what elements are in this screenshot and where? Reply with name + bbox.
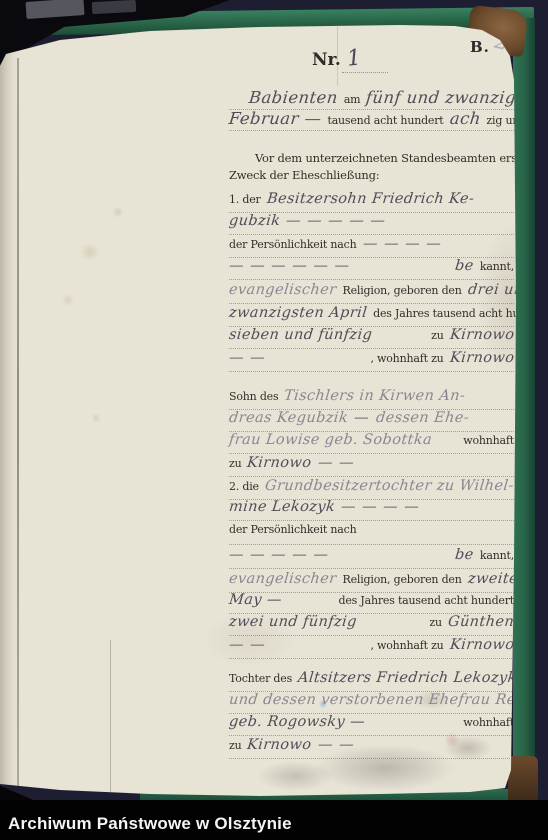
form-line: sieben und fünfzigzuKirnowo <box>229 327 514 349</box>
printed-text: am <box>344 93 361 106</box>
handwritten-text: evangelischer <box>228 282 337 298</box>
handwritten-text: fünf und zwanzig <box>365 88 517 107</box>
handwritten-text: Tischlers in Kirwen An- <box>284 388 467 404</box>
handwritten-text: — <box>353 410 370 426</box>
printed-text: der Persönlichkeit nach <box>229 523 357 536</box>
form-line: zwanzigsten Aprildes Jahres tausend acht… <box>229 305 514 327</box>
handwritten-text: Februar — <box>228 109 322 128</box>
handwritten-text: zwei und fünfzig <box>228 614 358 630</box>
printed-text: Tochter des <box>229 672 292 685</box>
form-line: May —des Jahres tausend acht hundert <box>229 592 514 614</box>
worn-leather-corner-bottom-right <box>508 756 538 804</box>
handwritten-text: be <box>454 547 474 563</box>
book-cover-right-edge <box>513 18 535 806</box>
printed-text: Religion, geboren den <box>343 284 462 297</box>
handwritten-text: Günthen <box>447 614 515 630</box>
printed-text: 1. der <box>229 193 261 206</box>
form-line: gubzik— — — — — <box>229 213 514 235</box>
form-line: — —, wohnhaft zuKirnowo <box>229 637 514 659</box>
handwritten-text: dreas Kegubzik <box>228 410 349 426</box>
handwritten-text: — — — — — <box>286 213 388 229</box>
handwritten-text: be <box>454 258 474 274</box>
printed-text: , wohnhaft zu <box>370 639 443 652</box>
form-line: Februar —tausend acht hundertachzig undz… <box>229 109 514 131</box>
printed-text: zu <box>229 457 241 470</box>
printed-text: wohnhaft <box>463 434 514 447</box>
form-line: evangelischerReligion, geboren denzweite… <box>229 571 514 593</box>
form-line: und dessen verstorbenen Ehefrau Regiene <box>229 692 514 714</box>
handwritten-text: — — <box>317 737 355 753</box>
form-line: der Persönlichkeit nach— — — — <box>229 236 514 258</box>
handwritten-text: Kirnowo <box>247 737 313 753</box>
handwritten-text: Besitzersohn Friedrich Ke- <box>266 191 475 207</box>
form-line: — — — — —bekannt, <box>229 547 514 569</box>
handwritten-text: Kirnowo <box>247 455 313 471</box>
printed-text: 2. die <box>229 480 259 493</box>
form-line: — — — — — —bekannt, <box>229 258 514 280</box>
form-line: frau Lowise geb. Sobottkawohnhaft <box>229 432 514 454</box>
form-line: zuKirnowo— — <box>229 455 514 477</box>
handwritten-text: — — — — <box>362 236 443 252</box>
printed-text: des Jahres tausend acht hundert <box>339 594 515 607</box>
handwritten-text: Kirnowo <box>449 637 515 653</box>
handwritten-text: Kirnowo <box>449 350 515 366</box>
form-line: zuKirnowo— — <box>229 737 514 759</box>
handwritten-text: frau Lowise geb. Sobottka <box>228 432 433 448</box>
handwritten-text: gubzik <box>228 213 281 229</box>
form-lines: Babientenamfünf und zwanzigtenFebruar —t… <box>0 0 548 840</box>
printed-text: wohnhaft <box>463 716 514 729</box>
form-line: mine Lekozyk— — — — <box>229 499 514 521</box>
printed-text: der Persönlichkeit nach <box>229 238 357 251</box>
form-line: Tochter desAltsitzers Friedrich Lekozyk <box>229 670 514 692</box>
printed-text: tausend acht hundert <box>327 114 443 127</box>
printed-text: Sohn des <box>229 390 278 403</box>
binding-strap <box>92 0 137 14</box>
handwritten-text: Kirnowo <box>449 327 515 343</box>
printed-text: kannt, <box>480 260 514 273</box>
form-line: geb. Rogowsky —wohnhaft <box>229 714 514 736</box>
handwritten-text: und dessen verstorbenen Ehefrau Regiene <box>228 692 548 708</box>
handwritten-text: — — — — <box>340 499 421 515</box>
handwritten-text: geb. Rogowsky — <box>228 714 366 730</box>
handwritten-text: mine Lekozyk <box>228 499 336 515</box>
handwritten-text: Grundbesitzertochter zu Wilhel- <box>264 478 514 494</box>
handwritten-text: dessen Ehe- <box>375 410 470 426</box>
printed-text: zu <box>429 616 441 629</box>
register-page: B. 2 Nr. 1 Babientenamfünf und zwanzigte… <box>0 0 548 840</box>
form-line: 1. derBesitzersohn Friedrich Ke- <box>229 191 514 213</box>
handwritten-text: — — <box>317 455 355 471</box>
printed-text: , wohnhaft zu <box>370 352 443 365</box>
form-line: Babientenamfünf und zwanzigten <box>229 88 534 110</box>
printed-text: Religion, geboren den <box>343 573 462 586</box>
printed-text: zu <box>431 329 443 342</box>
form-line: Zweck der Eheschließung: <box>229 168 514 189</box>
handwritten-text: May — <box>228 592 282 608</box>
form-line: 2. dieGrundbesitzertochter zu Wilhel- <box>229 478 514 500</box>
form-line: — —, wohnhaft zuKirnowo <box>229 350 514 372</box>
handwritten-text: zwanzigsten April <box>228 305 368 321</box>
handwritten-text: Babienten <box>248 88 339 107</box>
handwritten-text: sieben und fünfzig <box>228 327 373 343</box>
form-line: Sohn desTischlers in Kirwen An- <box>229 388 514 410</box>
printed-text: Zweck der Eheschließung: <box>229 168 379 182</box>
printed-text: zu <box>229 739 241 752</box>
handwritten-text: — — — — — — <box>228 258 351 274</box>
printed-text: Vor dem unterzeichneten Standesbeamten e… <box>255 151 548 165</box>
form-line: zwei und fünfzigzuGünthen <box>229 614 514 636</box>
handwritten-text: — — <box>228 350 266 366</box>
archive-scan-viewport: B. 2 Nr. 1 Babientenamfünf und zwanzigte… <box>0 0 548 840</box>
printed-text: kannt, <box>480 549 514 562</box>
archive-caption: Archiwum Państwowe w Olsztynie <box>8 814 292 834</box>
form-line: dreas Kegubzik—dessen Ehe- <box>229 410 514 432</box>
form-line: evangelischerReligion, geboren dendrei u… <box>229 282 514 304</box>
handwritten-text: ach <box>449 109 482 128</box>
handwritten-text: — — — — — <box>228 547 330 563</box>
handwritten-text: — — <box>228 637 266 653</box>
handwritten-text: Altsitzers Friedrich Lekozyk <box>297 670 517 686</box>
handwritten-text: evangelischer <box>228 571 337 587</box>
form-line: der Persönlichkeit nach <box>229 523 514 545</box>
